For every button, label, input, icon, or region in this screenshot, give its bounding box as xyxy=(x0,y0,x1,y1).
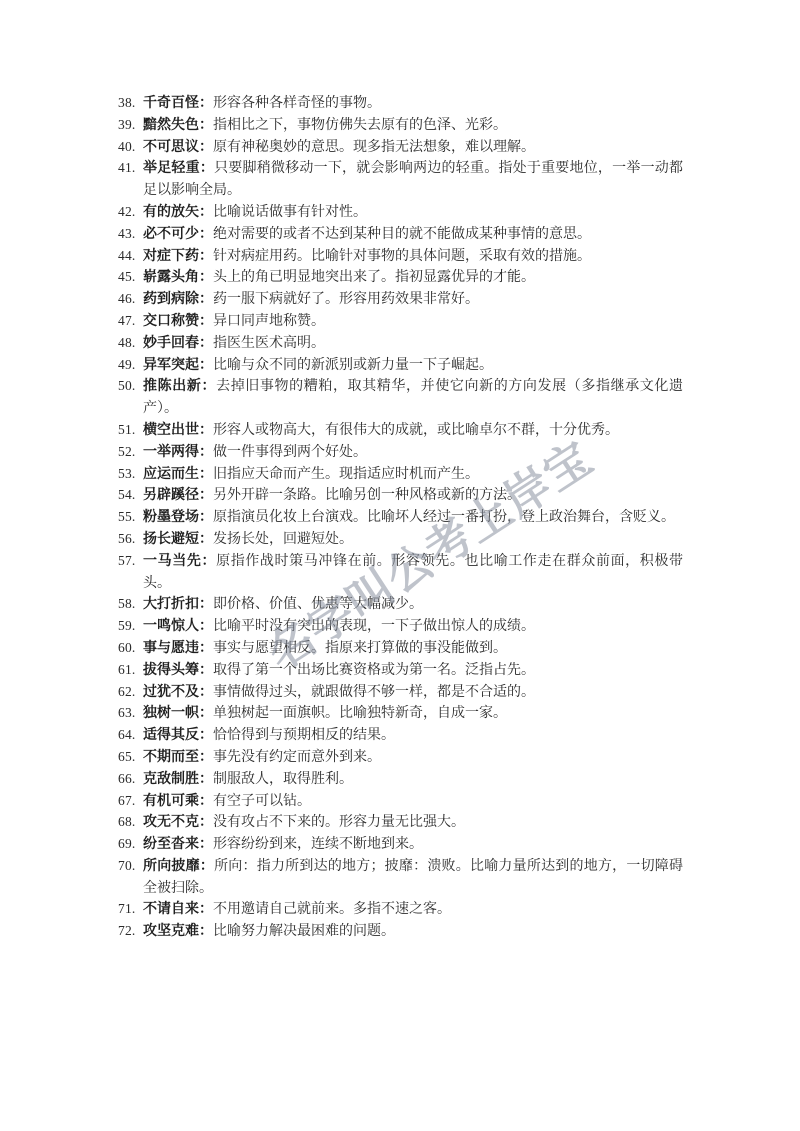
item-text: 粉墨登场：原指演员化妆上台演戏。比喻坏人经过一番打扮，登上政治舞台，含贬义。 xyxy=(143,506,683,528)
item-number: 57. xyxy=(118,550,143,572)
term-colon: ： xyxy=(199,835,213,851)
item-text: 不可思议：原有神秘奥妙的意思。现多指无法想象，难以理解。 xyxy=(143,136,683,158)
term-colon: ： xyxy=(199,138,213,154)
item-text: 必不可少：绝对需要的或者不达到某种目的就不能做成某种事情的意思。 xyxy=(143,223,683,245)
term-colon: ： xyxy=(199,116,213,132)
item-number: 72. xyxy=(118,920,143,942)
item-text: 对症下药：针对病症用药。比喻针对事物的具体问题，采取有效的措施。 xyxy=(143,245,683,267)
item-text: 千奇百怪：形容各种各样奇怪的事物。 xyxy=(143,92,683,114)
item-text: 不期而至：事先没有约定而意外到来。 xyxy=(143,746,683,768)
term-colon: ： xyxy=(199,465,213,481)
term-colon: ： xyxy=(199,748,213,764)
item-number: 69. xyxy=(118,833,143,855)
idiom-definition: 形容人或物高大，有很伟大的成就，或比喻卓尔不群，十分优秀。 xyxy=(213,421,619,437)
term-colon: ： xyxy=(199,661,213,677)
item-number: 38. xyxy=(118,92,143,114)
idiom-definition: 比喻说话做事有针对性。 xyxy=(213,203,367,219)
list-item: 54.另辟蹊径：另外开辟一条路。比喻另创一种风格或新的方法。 xyxy=(118,484,690,506)
item-number: 55. xyxy=(118,506,143,528)
item-text: 一马当先：原指作战时策马冲锋在前。形容领先。也比喻工作走在群众前面，积极带头。 xyxy=(143,550,683,594)
idiom-term: 纷至沓来 xyxy=(143,835,199,851)
term-colon: ： xyxy=(199,530,213,546)
item-number: 66. xyxy=(118,768,143,790)
term-colon: ： xyxy=(199,486,213,502)
item-number: 56. xyxy=(118,528,143,550)
idiom-term: 扬长避短 xyxy=(143,530,199,546)
item-text: 举足轻重：只要脚稍微移动一下，就会影响两边的轻重。指处于重要地位，一举一动都足以… xyxy=(143,157,683,201)
item-text: 适得其反：恰恰得到与预期相反的结果。 xyxy=(143,724,683,746)
term-colon: ： xyxy=(199,813,213,829)
list-item: 41.举足轻重：只要脚稍微移动一下，就会影响两边的轻重。指处于重要地位，一举一动… xyxy=(118,157,690,201)
term-colon: ： xyxy=(199,94,213,110)
idiom-definition: 事实与愿望相反。指原来打算做的事没能做到。 xyxy=(213,639,507,655)
idiom-definition: 针对病症用药。比喻针对事物的具体问题，采取有效的措施。 xyxy=(213,247,591,263)
idiom-term: 一举两得 xyxy=(143,443,199,459)
idiom-definition: 所向：指力所到达的地方；披靡：溃败。比喻力量所达到的地方，一切障碍全被扫除。 xyxy=(143,857,683,895)
idiom-definition: 旧指应天命而产生。现指适应时机而产生。 xyxy=(213,465,479,481)
item-number: 40. xyxy=(118,136,143,158)
idiom-term: 交口称赞 xyxy=(143,312,199,328)
term-colon: ： xyxy=(199,726,213,742)
idiom-definition: 单独树起一面旗帜。比喻独特新奇，自成一家。 xyxy=(213,704,507,720)
idiom-definition: 头上的角已明显地突出来了。指初显露优异的才能。 xyxy=(213,268,535,284)
term-colon: ： xyxy=(200,159,214,175)
idiom-term: 千奇百怪 xyxy=(143,94,199,110)
idiom-definition: 原指演员化妆上台演戏。比喻坏人经过一番打扮，登上政治舞台，含贬义。 xyxy=(213,508,675,524)
idiom-term: 有的放矢 xyxy=(143,203,199,219)
idiom-term: 黯然失色 xyxy=(143,116,199,132)
item-text: 有的放矢：比喻说话做事有针对性。 xyxy=(143,201,683,223)
term-colon: ： xyxy=(199,356,213,372)
idiom-term: 横空出世 xyxy=(143,421,199,437)
idiom-definition: 不用邀请自己就前来。多指不速之客。 xyxy=(213,900,451,916)
item-number: 50. xyxy=(118,375,143,397)
item-text: 过犹不及：事情做得过头，就跟做得不够一样，都是不合适的。 xyxy=(143,681,683,703)
idiom-term: 推陈出新 xyxy=(143,377,201,393)
item-number: 54. xyxy=(118,484,143,506)
idiom-definition: 原指作战时策马冲锋在前。形容领先。也比喻工作走在群众前面，积极带头。 xyxy=(143,552,683,590)
item-number: 60. xyxy=(118,637,143,659)
idiom-term: 对症下药 xyxy=(143,247,199,263)
idiom-definition: 形容纷纷到来，连续不断地到来。 xyxy=(213,835,423,851)
item-number: 45. xyxy=(118,266,143,288)
idiom-definition: 原有神秘奥妙的意思。现多指无法想象，难以理解。 xyxy=(213,138,535,154)
idiom-definition: 绝对需要的或者不达到某种目的就不能做成某种事情的意思。 xyxy=(213,225,591,241)
idiom-definition: 比喻平时没有突出的表现，一下子做出惊人的成绩。 xyxy=(213,617,535,633)
list-item: 66.克敌制胜：制服敌人，取得胜利。 xyxy=(118,768,690,790)
idiom-term: 过犹不及 xyxy=(143,683,199,699)
idiom-term: 适得其反 xyxy=(143,726,199,742)
list-item: 58.大打折扣：即价格、价值、优惠等大幅减少。 xyxy=(118,593,690,615)
list-item: 45.崭露头角：头上的角已明显地突出来了。指初显露优异的才能。 xyxy=(118,266,690,288)
idiom-term: 妙手回春 xyxy=(143,334,199,350)
item-text: 大打折扣：即价格、价值、优惠等大幅减少。 xyxy=(143,593,683,615)
idiom-term: 事与愿违 xyxy=(143,639,199,655)
idiom-definition: 发扬长处，回避短处。 xyxy=(213,530,353,546)
term-colon: ： xyxy=(199,268,213,284)
item-number: 53. xyxy=(118,463,143,485)
term-colon: ： xyxy=(199,922,213,938)
term-colon: ： xyxy=(199,225,213,241)
idiom-term: 药到病除 xyxy=(143,290,199,306)
idiom-term: 不期而至 xyxy=(143,748,199,764)
item-text: 交口称赞：异口同声地称赞。 xyxy=(143,310,683,332)
list-item: 38.千奇百怪：形容各种各样奇怪的事物。 xyxy=(118,92,690,114)
item-number: 46. xyxy=(118,288,143,310)
term-colon: ： xyxy=(199,770,213,786)
list-item: 40.不可思议：原有神秘奥妙的意思。现多指无法想象，难以理解。 xyxy=(118,136,690,158)
item-number: 44. xyxy=(118,245,143,267)
idiom-definition: 形容各种各样奇怪的事物。 xyxy=(213,94,381,110)
list-item: 57.一马当先：原指作战时策马冲锋在前。形容领先。也比喻工作走在群众前面，积极带… xyxy=(118,550,690,594)
item-number: 59. xyxy=(118,615,143,637)
idiom-definition: 没有攻占不下来的。形容力量无比强大。 xyxy=(213,813,465,829)
list-item: 67.有机可乘：有空子可以钻。 xyxy=(118,790,690,812)
idiom-definition: 事情做得过头，就跟做得不够一样，都是不合适的。 xyxy=(213,683,535,699)
item-text: 克敌制胜：制服敌人，取得胜利。 xyxy=(143,768,683,790)
item-text: 横空出世：形容人或物高大，有很伟大的成就，或比喻卓尔不群，十分优秀。 xyxy=(143,419,683,441)
idiom-definition: 异口同声地称赞。 xyxy=(213,312,325,328)
item-text: 所向披靡：所向：指力所到达的地方；披靡：溃败。比喻力量所达到的地方，一切障碍全被… xyxy=(143,855,683,899)
idiom-definition: 去掉旧事物的糟粕，取其精华，并使它向新的方向发展（多指继承文化遗产）。 xyxy=(143,377,683,415)
idiom-term: 大打折扣 xyxy=(143,595,199,611)
list-item: 42.有的放矢：比喻说话做事有针对性。 xyxy=(118,201,690,223)
term-colon: ： xyxy=(199,704,213,720)
idiom-term: 不可思议 xyxy=(143,138,199,154)
idiom-definition: 取得了第一个出场比赛资格或为第一名。泛指占先。 xyxy=(213,661,535,677)
item-number: 43. xyxy=(118,223,143,245)
item-number: 52. xyxy=(118,441,143,463)
item-text: 一鸣惊人：比喻平时没有突出的表现，一下子做出惊人的成绩。 xyxy=(143,615,683,637)
list-item: 49.异军突起：比喻与众不同的新派别或新力量一下子崛起。 xyxy=(118,354,690,376)
term-colon: ： xyxy=(200,857,214,873)
term-colon: ： xyxy=(199,290,213,306)
idiom-definition: 恰恰得到与预期相反的结果。 xyxy=(213,726,395,742)
item-text: 扬长避短：发扬长处，回避短处。 xyxy=(143,528,683,550)
list-item: 47.交口称赞：异口同声地称赞。 xyxy=(118,310,690,332)
list-item: 70.所向披靡：所向：指力所到达的地方；披靡：溃败。比喻力量所达到的地方，一切障… xyxy=(118,855,690,899)
idiom-term: 攻无不克 xyxy=(143,813,199,829)
list-item: 44.对症下药：针对病症用药。比喻针对事物的具体问题，采取有效的措施。 xyxy=(118,245,690,267)
item-number: 62. xyxy=(118,681,143,703)
list-item: 65.不期而至：事先没有约定而意外到来。 xyxy=(118,746,690,768)
term-colon: ： xyxy=(199,683,213,699)
item-number: 64. xyxy=(118,724,143,746)
list-item: 56.扬长避短：发扬长处，回避短处。 xyxy=(118,528,690,550)
idiom-term: 有机可乘 xyxy=(143,792,199,808)
item-number: 63. xyxy=(118,702,143,724)
idiom-term: 不请自来 xyxy=(143,900,199,916)
term-colon: ： xyxy=(201,552,216,568)
list-item: 39.黯然失色：指相比之下，事物仿佛失去原有的色泽、光彩。 xyxy=(118,114,690,136)
item-text: 独树一帜：单独树起一面旗帜。比喻独特新奇，自成一家。 xyxy=(143,702,683,724)
term-colon: ： xyxy=(199,617,213,633)
list-item: 71.不请自来：不用邀请自己就前来。多指不速之客。 xyxy=(118,898,690,920)
idiom-definition: 比喻与众不同的新派别或新力量一下子崛起。 xyxy=(213,356,493,372)
term-colon: ： xyxy=(199,247,213,263)
item-number: 51. xyxy=(118,419,143,441)
item-text: 妙手回春：指医生医术高明。 xyxy=(143,332,683,354)
idiom-definition: 制服敌人，取得胜利。 xyxy=(213,770,353,786)
list-item: 43.必不可少：绝对需要的或者不达到某种目的就不能做成某种事情的意思。 xyxy=(118,223,690,245)
list-item: 64.适得其反：恰恰得到与预期相反的结果。 xyxy=(118,724,690,746)
item-text: 另辟蹊径：另外开辟一条路。比喻另创一种风格或新的方法。 xyxy=(143,484,683,506)
item-number: 67. xyxy=(118,790,143,812)
idiom-term: 攻坚克难 xyxy=(143,922,199,938)
list-item: 59.一鸣惊人：比喻平时没有突出的表现，一下子做出惊人的成绩。 xyxy=(118,615,690,637)
item-text: 应运而生：旧指应天命而产生。现指适应时机而产生。 xyxy=(143,463,683,485)
item-text: 纷至沓来：形容纷纷到来，连续不断地到来。 xyxy=(143,833,683,855)
item-text: 拔得头筹：取得了第一个出场比赛资格或为第一名。泛指占先。 xyxy=(143,659,683,681)
term-colon: ： xyxy=(199,421,213,437)
idiom-term: 一马当先 xyxy=(143,552,201,568)
list-item: 72.攻坚克难：比喻努力解决最困难的问题。 xyxy=(118,920,690,942)
list-item: 63.独树一帜：单独树起一面旗帜。比喻独特新奇，自成一家。 xyxy=(118,702,690,724)
item-text: 一举两得：做一件事得到两个好处。 xyxy=(143,441,683,463)
term-colon: ： xyxy=(199,334,213,350)
list-item: 50.推陈出新：去掉旧事物的糟粕，取其精华，并使它向新的方向发展（多指继承文化遗… xyxy=(118,375,690,419)
term-colon: ： xyxy=(199,508,213,524)
item-text: 不请自来：不用邀请自己就前来。多指不速之客。 xyxy=(143,898,683,920)
item-number: 68. xyxy=(118,811,143,833)
item-number: 48. xyxy=(118,332,143,354)
item-number: 39. xyxy=(118,114,143,136)
item-number: 70. xyxy=(118,855,143,877)
item-number: 42. xyxy=(118,201,143,223)
idiom-definition: 指相比之下，事物仿佛失去原有的色泽、光彩。 xyxy=(213,116,507,132)
term-colon: ： xyxy=(199,312,213,328)
idiom-term: 必不可少 xyxy=(143,225,199,241)
idiom-definition: 做一件事得到两个好处。 xyxy=(213,443,367,459)
term-colon: ： xyxy=(201,377,216,393)
list-item: 46.药到病除：药一服下病就好了。形容用药效果非常好。 xyxy=(118,288,690,310)
term-colon: ： xyxy=(199,900,213,916)
list-item: 61.拔得头筹：取得了第一个出场比赛资格或为第一名。泛指占先。 xyxy=(118,659,690,681)
item-text: 药到病除：药一服下病就好了。形容用药效果非常好。 xyxy=(143,288,683,310)
item-text: 有机可乘：有空子可以钻。 xyxy=(143,790,683,812)
idiom-list: 38.千奇百怪：形容各种各样奇怪的事物。39.黯然失色：指相比之下，事物仿佛失去… xyxy=(118,92,690,942)
item-number: 71. xyxy=(118,898,143,920)
idiom-term: 异军突起 xyxy=(143,356,199,372)
item-text: 推陈出新：去掉旧事物的糟粕，取其精华，并使它向新的方向发展（多指继承文化遗产）。 xyxy=(143,375,683,419)
list-item: 68.攻无不克：没有攻占不下来的。形容力量无比强大。 xyxy=(118,811,690,833)
idiom-term: 举足轻重 xyxy=(143,159,200,175)
list-item: 60.事与愿违：事实与愿望相反。指原来打算做的事没能做到。 xyxy=(118,637,690,659)
document-page: 名字叫公考上岸宝 38.千奇百怪：形容各种各样奇怪的事物。39.黯然失色：指相比… xyxy=(0,0,800,1131)
list-item: 69.纷至沓来：形容纷纷到来，连续不断地到来。 xyxy=(118,833,690,855)
idiom-term: 克敌制胜 xyxy=(143,770,199,786)
list-item: 62.过犹不及：事情做得过头，就跟做得不够一样，都是不合适的。 xyxy=(118,681,690,703)
item-text: 攻坚克难：比喻努力解决最困难的问题。 xyxy=(143,920,683,942)
idiom-definition: 比喻努力解决最困难的问题。 xyxy=(213,922,395,938)
idiom-definition: 另外开辟一条路。比喻另创一种风格或新的方法。 xyxy=(213,486,521,502)
idiom-term: 独树一帜 xyxy=(143,704,199,720)
term-colon: ： xyxy=(199,595,213,611)
idiom-definition: 事先没有约定而意外到来。 xyxy=(213,748,381,764)
term-colon: ： xyxy=(199,443,213,459)
idiom-term: 崭露头角 xyxy=(143,268,199,284)
item-text: 黯然失色：指相比之下，事物仿佛失去原有的色泽、光彩。 xyxy=(143,114,683,136)
item-number: 47. xyxy=(118,310,143,332)
item-number: 61. xyxy=(118,659,143,681)
idiom-term: 粉墨登场 xyxy=(143,508,199,524)
idiom-term: 所向披靡 xyxy=(143,857,200,873)
list-item: 48.妙手回春：指医生医术高明。 xyxy=(118,332,690,354)
list-item: 52.一举两得：做一件事得到两个好处。 xyxy=(118,441,690,463)
idiom-definition: 即价格、价值、优惠等大幅减少。 xyxy=(213,595,423,611)
term-colon: ： xyxy=(199,639,213,655)
idiom-term: 一鸣惊人 xyxy=(143,617,199,633)
term-colon: ： xyxy=(199,792,213,808)
item-text: 异军突起：比喻与众不同的新派别或新力量一下子崛起。 xyxy=(143,354,683,376)
item-number: 49. xyxy=(118,354,143,376)
item-number: 65. xyxy=(118,746,143,768)
list-item: 53.应运而生：旧指应天命而产生。现指适应时机而产生。 xyxy=(118,463,690,485)
item-text: 事与愿违：事实与愿望相反。指原来打算做的事没能做到。 xyxy=(143,637,683,659)
idiom-term: 拔得头筹 xyxy=(143,661,199,677)
idiom-term: 应运而生 xyxy=(143,465,199,481)
list-item: 51.横空出世：形容人或物高大，有很伟大的成就，或比喻卓尔不群，十分优秀。 xyxy=(118,419,690,441)
item-number: 58. xyxy=(118,593,143,615)
idiom-definition: 指医生医术高明。 xyxy=(213,334,325,350)
item-text: 崭露头角：头上的角已明显地突出来了。指初显露优异的才能。 xyxy=(143,266,683,288)
idiom-term: 另辟蹊径 xyxy=(143,486,199,502)
item-text: 攻无不克：没有攻占不下来的。形容力量无比强大。 xyxy=(143,811,683,833)
idiom-definition: 只要脚稍微移动一下，就会影响两边的轻重。指处于重要地位，一举一动都足以影响全局。 xyxy=(143,159,683,197)
idiom-definition: 有空子可以钻。 xyxy=(213,792,311,808)
term-colon: ： xyxy=(199,203,213,219)
item-number: 41. xyxy=(118,157,143,179)
list-item: 55.粉墨登场：原指演员化妆上台演戏。比喻坏人经过一番打扮，登上政治舞台，含贬义… xyxy=(118,506,690,528)
idiom-definition: 药一服下病就好了。形容用药效果非常好。 xyxy=(213,290,479,306)
